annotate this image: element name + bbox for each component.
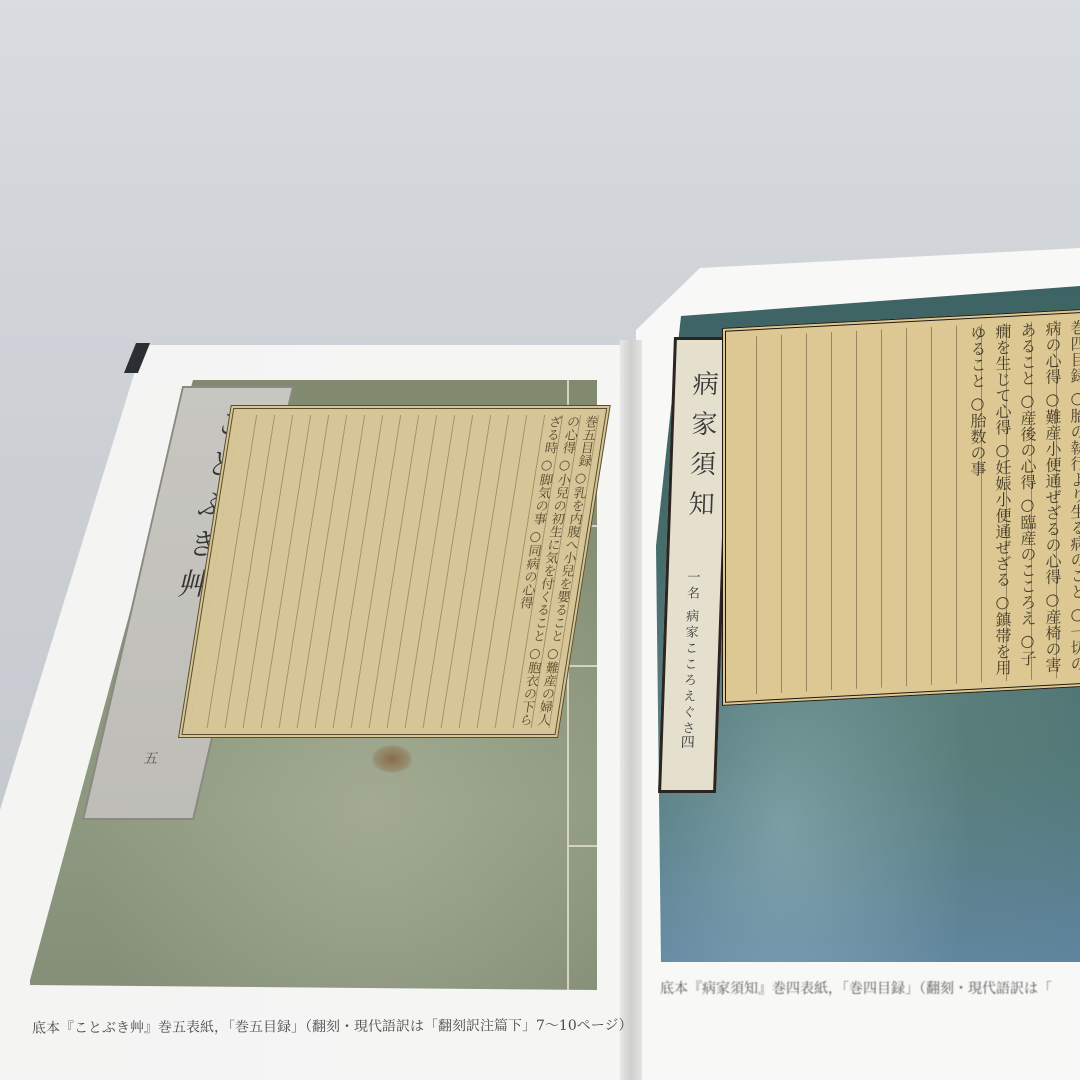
right-toc-heading: 巻四目録 — [1068, 319, 1080, 384]
photo-scene: ことぶき艸 原名 病家須知 五 巻五目録 ○乳を内腹へ小兒を嬰ること ○難産の婦… — [0, 0, 1080, 1080]
right-figure-caption: 底本『病家須知』巻四表紙，「巻四目録」（翻刻・現代語訳は「 — [660, 978, 1052, 998]
right-toc-label: 巻四目録 ○胎の執行より生る病のこと ○一切の病の心得 ○難産小便通ぜざるの心得… — [722, 308, 1080, 706]
left-volume-mark: 五 — [142, 748, 161, 768]
binding-stitch — [567, 665, 597, 667]
right-toc-excerpt: ○胎の執行より生る病のこと ○一切の病の心得 ○難産小便通ぜざるの心得 ○産椅の… — [968, 320, 1080, 676]
right-cover-title: 病家須知 — [680, 370, 723, 530]
cover-stain — [372, 745, 412, 773]
right-cover-subtitle: 一名 病家こころえぐさ — [677, 570, 702, 737]
right-volume-mark: 四 — [680, 732, 695, 752]
binding-stitch — [567, 845, 597, 847]
left-figure-caption: 底本『ことぶき艸』巻五表紙，「巻五目録」（翻刻・現代語訳は「翻刻訳注篇下」7〜1… — [32, 1014, 633, 1037]
book-gutter — [620, 340, 642, 1080]
left-toc-label: 巻五目録 ○乳を内腹へ小兒を嬰ること ○難産の婦人の心得 ○小兒の初生に気を付く… — [178, 405, 611, 738]
